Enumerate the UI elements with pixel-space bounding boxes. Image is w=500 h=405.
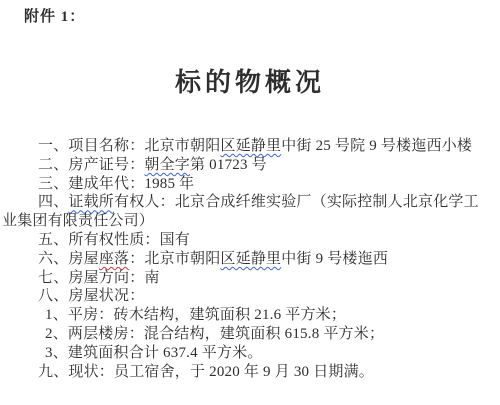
text-segment: 六、房屋 — [38, 251, 99, 267]
line-item-3-year-built: 三、建成年代：1985 年 — [0, 175, 500, 194]
text-segment: 七、房屋方向：南 — [38, 270, 160, 286]
spellcheck-flagged-text: 证载所 — [68, 194, 114, 210]
text-segment: 中街 9 号楼迤西 — [281, 251, 388, 267]
spellcheck-flagged-text: 朝全字 — [144, 157, 190, 173]
text-segment: 四、 — [38, 194, 68, 210]
document-page: 附件 1： 标的物概况 一、项目名称：北京市朝阳区延静里中街 25 号院 9 号… — [0, 0, 500, 405]
spellcheck-flagged-text: 座落 — [99, 251, 129, 267]
line-item-6-house-location: 六、房屋座落：北京市朝阳区延静里中街 9 号楼迤西 — [0, 250, 500, 269]
attachment-label: 附件 1： — [24, 5, 85, 26]
text-segment: 二、房产证号： — [38, 157, 144, 173]
line-item-1-project-name: 一、项目名称：北京市朝阳区延静里中街 25 号院 9 号楼迤西小楼 — [0, 137, 500, 156]
spellcheck-flagged-text: 区延静里 — [220, 251, 281, 267]
line-item-5-ownership-nature: 五、所有权性质：国有 — [0, 231, 500, 250]
text-segment: 3、建筑面积合计 637.4 平方米。 — [45, 345, 263, 361]
text-segment: 三、建成年代：1985 年 — [38, 176, 194, 192]
text-segment: 八、房屋状况： — [38, 288, 144, 304]
text-segment: 一、项目名称：北京市朝阳 — [38, 138, 220, 154]
line-subitem-2-two-story-building: 2、两层楼房：混合结构，建筑面积 615.8 平方米； — [0, 325, 500, 344]
text-segment: 业集团有限责任公司） — [2, 213, 154, 229]
text-segment: 五、所有权性质：国有 — [38, 232, 190, 248]
line-subitem-1-bungalow: 1、平房：砖木结构，建筑面积 21.6 平方米； — [0, 306, 500, 325]
line-item-9-current-status: 九、现状：员工宿舍，于 2020 年 9 月 30 日期满。 — [0, 363, 500, 382]
line-item-4-wrap: 业集团有限责任公司） — [0, 212, 500, 231]
document-body: 一、项目名称：北京市朝阳区延静里中街 25 号院 9 号楼迤西小楼 二、房产证号… — [0, 137, 500, 381]
line-item-8-house-condition: 八、房屋状况： — [0, 287, 500, 306]
line-item-4-registered-owner: 四、证载所有权人：北京合成纤维实验厂（实际控制人北京化学工 — [0, 193, 500, 212]
spellcheck-flagged-text: 区延静里 — [220, 138, 281, 154]
line-item-2-certificate-number: 二、房产证号：朝全字第 01723 号 — [0, 156, 500, 175]
line-item-7-house-orientation: 七、房屋方向：南 — [0, 269, 500, 288]
text-segment: ：北京市朝阳 — [129, 251, 220, 267]
text-segment: 1、平房：砖木结构，建筑面积 21.6 平方米； — [45, 307, 346, 323]
text-segment: 九、现状：员工宿舍，于 2020 年 9 月 30 日期满。 — [38, 364, 374, 380]
document-title: 标的物概况 — [0, 62, 500, 99]
text-segment: 中街 25 号院 9 号楼迤西小楼 — [281, 138, 472, 154]
line-subitem-3-total-area: 3、建筑面积合计 637.4 平方米。 — [0, 344, 500, 363]
text-segment: 第 01723 号 — [190, 157, 267, 173]
text-segment: 有权人：北京合成纤维实验厂（实际控制人北京化学工 — [114, 194, 479, 210]
text-segment: 2、两层楼房：混合结构，建筑面积 615.8 平方米； — [45, 326, 384, 342]
